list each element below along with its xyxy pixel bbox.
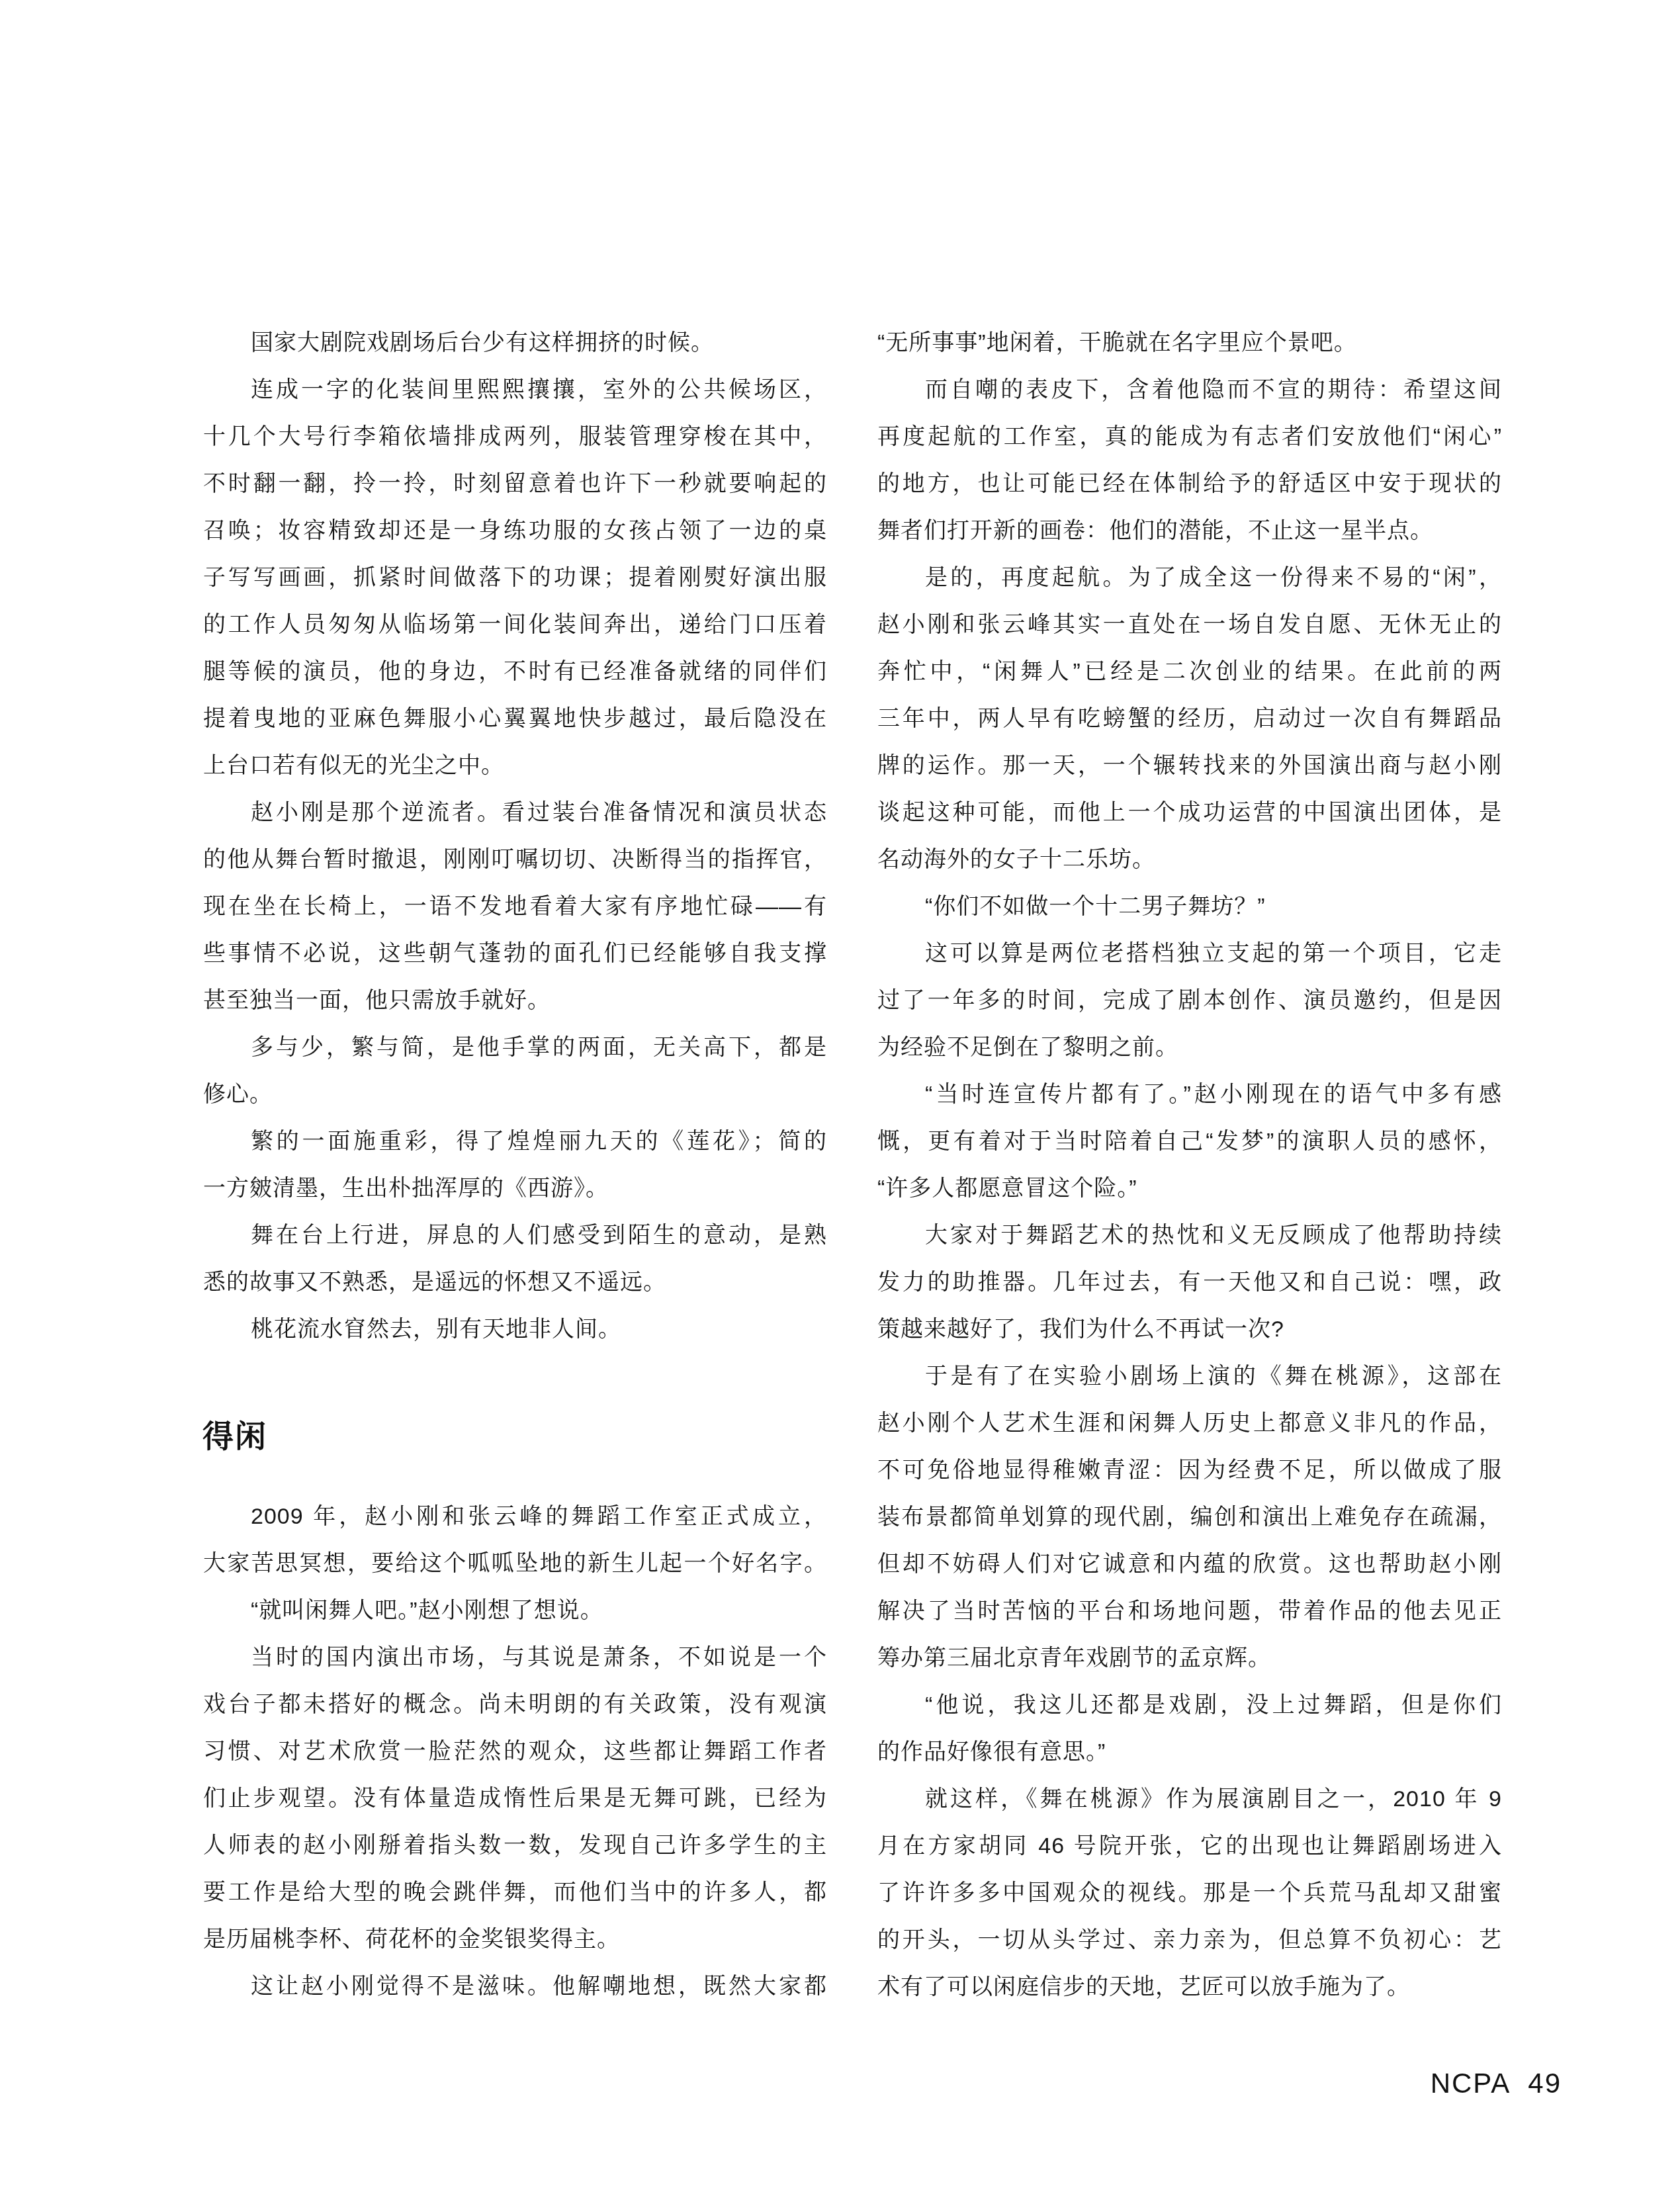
- text-line: 现在坐在长椅上，一语不发地看着大家有序地忙碌——有: [203, 883, 827, 930]
- text-line: 而自嘲的表皮下，含着他隐而不宣的期待：希望这间: [877, 367, 1502, 414]
- text-line: 不时翻一翻，拎一拎，时刻留意着也许下一秒就要响起的: [203, 460, 827, 507]
- text-line: 修心。: [203, 1071, 827, 1118]
- text-line: 策越来越好了，我们为什么不再试一次?: [877, 1306, 1502, 1353]
- section-heading: 得闲: [202, 1419, 267, 1454]
- text-line: “无所事事”地闲着，干脆就在名字里应个景吧。: [877, 320, 1502, 367]
- text-line: 悉的故事又不熟悉，是遥远的怀想又不遥远。: [203, 1259, 827, 1306]
- text-line: 但却不妨碍人们对它诚意和内蕴的欣赏。这也帮助赵小刚: [877, 1541, 1502, 1588]
- text-line: 舞者们打开新的画卷：他们的潜能，不止这一星半点。: [877, 507, 1502, 554]
- text-line: 戏台子都未搭好的概念。尚未明朗的有关政策，没有观演: [203, 1681, 827, 1728]
- text-line: 过了一年多的时间，完成了剧本创作、演员邀约，但是因: [877, 977, 1502, 1024]
- text-line: 上台口若有似无的光尘之中。: [203, 742, 827, 789]
- text-line: 一方皴清墨，生出朴拙浑厚的《西游》。: [203, 1165, 827, 1212]
- text-line: 些事情不必说，这些朝气蓬勃的面孔们已经能够自我支撑: [203, 930, 827, 977]
- left-column-upper: 国家大剧院戏剧场后台少有这样拥挤的时候。连成一字的化装间里熙熙攘攘，室外的公共候…: [203, 320, 827, 1353]
- text-line: 谈起这种可能，而他上一个成功运营的中国演出团体，是: [877, 789, 1502, 836]
- text-line: “他说，我这儿还都是戏剧，没上过舞蹈，但是你们: [877, 1682, 1502, 1729]
- text-line: 们止步观望。没有体量造成惰性后果是无舞可跳，已经为: [203, 1775, 827, 1822]
- text-line: 大家苦思冥想，要给这个呱呱坠地的新生儿起一个好名字。: [203, 1540, 827, 1587]
- text-line: 装布景都简单划算的现代剧，编创和演出上难免存在疏漏，: [877, 1494, 1502, 1541]
- text-line: 赵小刚是那个逆流者。看过装台准备情况和演员状态: [203, 789, 827, 836]
- text-line: 腿等候的演员，他的身边，不时有已经准备就绪的同伴们: [203, 648, 827, 695]
- text-line: 是的，再度起航。为了成全这一份得来不易的“闲”，: [877, 554, 1502, 601]
- text-line: 甚至独当一面，他只需放手就好。: [203, 977, 827, 1024]
- text-line: 术有了可以闲庭信步的天地，艺匠可以放手施为了。: [877, 1964, 1502, 2011]
- text-line: 了许许多多中国观众的视线。那是一个兵荒马乱却又甜蜜: [877, 1870, 1502, 1917]
- text-line: 要工作是给大型的晚会跳伴舞，而他们当中的许多人，都: [203, 1869, 827, 1916]
- text-line: 这让赵小刚觉得不是滋味。他解嘲地想，既然大家都: [203, 1963, 827, 2010]
- text-line: 的他从舞台暂时撤退，刚刚叮嘱切切、决断得当的指挥官，: [203, 836, 827, 883]
- text-line: “就叫闲舞人吧。”赵小刚想了想说。: [203, 1587, 827, 1634]
- text-line: 当时的国内演出市场，与其说是萧条，不如说是一个: [203, 1634, 827, 1681]
- magazine-page: 国家大剧院戏剧场后台少有这样拥挤的时候。连成一字的化装间里熙熙攘攘，室外的公共候…: [0, 0, 1680, 2188]
- left-column-lower: 2009 年，赵小刚和张云峰的舞蹈工作室正式成立，大家苦思冥想，要给这个呱呱坠地…: [203, 1493, 827, 2010]
- text-line: 大家对于舞蹈艺术的热忱和义无反顾成了他帮助持续: [877, 1212, 1502, 1259]
- text-line: “当时连宣传片都有了。”赵小刚现在的语气中多有感: [877, 1071, 1502, 1118]
- text-line: 名动海外的女子十二乐坊。: [877, 836, 1502, 883]
- text-line: 的地方，也让可能已经在体制给予的舒适区中安于现状的: [877, 460, 1502, 507]
- text-line: 再度起航的工作室，真的能成为有志者们安放他们“闲心”: [877, 414, 1502, 460]
- text-line: 发力的助推器。几年过去，有一天他又和自己说：嘿，政: [877, 1259, 1502, 1306]
- text-line: 牌的运作。那一天，一个辗转找来的外国演出商与赵小刚: [877, 742, 1502, 789]
- journal-label: NCPA: [1431, 2070, 1511, 2097]
- text-line: 于是有了在实验小剧场上演的《舞在桃源》，这部在: [877, 1353, 1502, 1400]
- text-line: 习惯、对艺术欣赏一脸茫然的观众，这些都让舞蹈工作者: [203, 1728, 827, 1775]
- right-column: “无所事事”地闲着，干脆就在名字里应个景吧。而自嘲的表皮下，含着他隐而不宣的期待…: [877, 320, 1502, 2011]
- text-line: 慨，更有着对于当时陪着自己“发梦”的演职人员的感怀，: [877, 1118, 1502, 1165]
- text-line: 筹办第三届北京青年戏剧节的孟京辉。: [877, 1635, 1502, 1682]
- text-line: 2009 年，赵小刚和张云峰的舞蹈工作室正式成立，: [203, 1493, 827, 1540]
- text-line: 三年中，两人早有吃螃蟹的经历，启动过一次自有舞蹈品: [877, 695, 1502, 742]
- text-line: 这可以算是两位老搭档独立支起的第一个项目，它走: [877, 930, 1502, 977]
- text-line: 解决了当时苦恼的平台和场地问题，带着作品的他去见正: [877, 1588, 1502, 1635]
- text-line: 不可免俗地显得稚嫩青涩：因为经费不足，所以做成了服: [877, 1447, 1502, 1494]
- text-line: 就这样，《舞在桃源》作为展演剧目之一，2010 年 9: [877, 1776, 1502, 1823]
- text-line: 赵小刚和张云峰其实一直处在一场自发自愿、无休无止的: [877, 601, 1502, 648]
- text-line: 国家大剧院戏剧场后台少有这样拥挤的时候。: [203, 320, 827, 367]
- text-line: 十几个大号行李箱依墙排成两列，服装管理穿梭在其中，: [203, 414, 827, 460]
- text-line: 的工作人员匆匆从临场第一间化装间奔出，递给门口压着: [203, 601, 827, 648]
- page-footer: NCPA 49: [1431, 2070, 1562, 2097]
- text-line: 的作品好像很有意思。”: [877, 1729, 1502, 1776]
- text-line: 子写写画画，抓紧时间做落下的功课；提着刚熨好演出服: [203, 554, 827, 601]
- text-line: 召唤；妆容精致却还是一身练功服的女孩占领了一边的桌: [203, 507, 827, 554]
- text-line: 连成一字的化装间里熙熙攘攘，室外的公共候场区，: [203, 367, 827, 414]
- text-line: 人师表的赵小刚掰着指头数一数，发现自己许多学生的主: [203, 1822, 827, 1869]
- text-line: 多与少，繁与简，是他手掌的两面，无关高下，都是: [203, 1024, 827, 1071]
- text-line: 为经验不足倒在了黎明之前。: [877, 1024, 1502, 1071]
- text-line: 月在方家胡同 46 号院开张，它的出现也让舞蹈剧场进入: [877, 1823, 1502, 1870]
- text-line: 舞在台上行进，屏息的人们感受到陌生的意动，是熟: [203, 1212, 827, 1259]
- text-line: 奔忙中，“闲舞人”已经是二次创业的结果。在此前的两: [877, 648, 1502, 695]
- text-line: 是历届桃李杯、荷花杯的金奖银奖得主。: [203, 1916, 827, 1963]
- text-line: 赵小刚个人艺术生涯和闲舞人历史上都意义非凡的作品，: [877, 1400, 1502, 1447]
- text-line: 繁的一面施重彩，得了煌煌丽九天的《莲花》；简的: [203, 1118, 827, 1165]
- text-line: 提着曳地的亚麻色舞服小心翼翼地快步越过，最后隐没在: [203, 695, 827, 742]
- text-line: “许多人都愿意冒这个险。”: [877, 1165, 1502, 1212]
- text-line: 桃花流水窅然去，别有天地非人间。: [203, 1306, 827, 1353]
- text-line: “你们不如做一个十二男子舞坊？”: [877, 883, 1502, 930]
- text-line: 的开头，一切从头学过、亲力亲为，但总算不负初心：艺: [877, 1917, 1502, 1964]
- page-number: 49: [1528, 2070, 1562, 2097]
